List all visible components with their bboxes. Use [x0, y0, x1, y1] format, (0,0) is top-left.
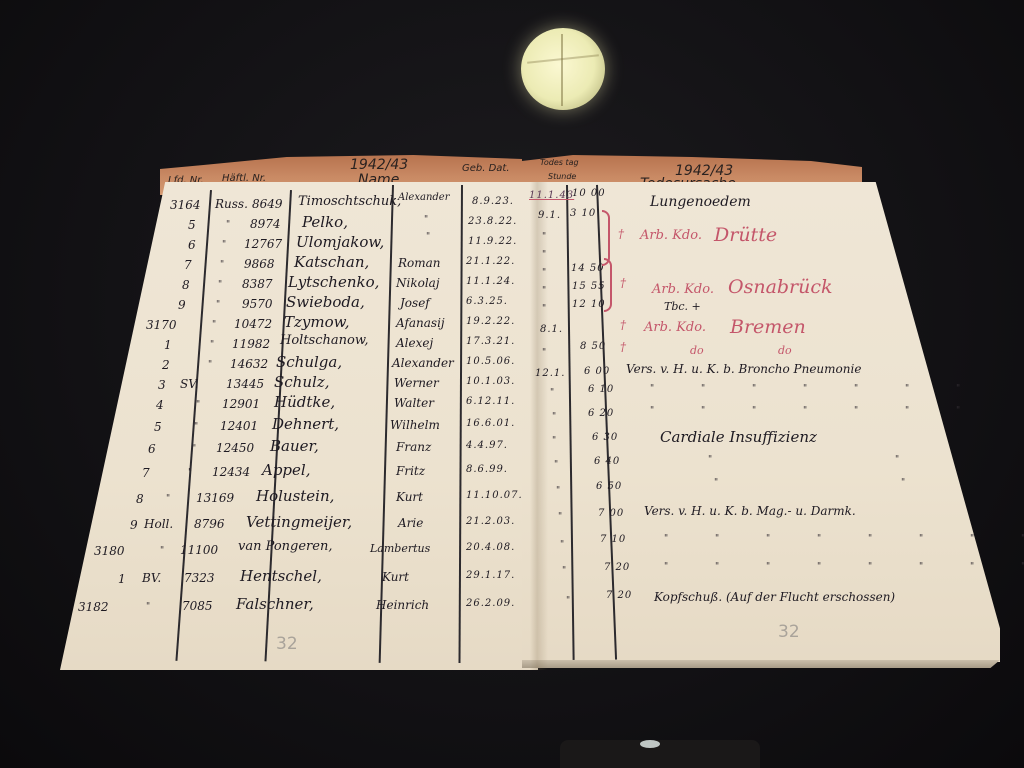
row-surname: Holustein,: [256, 487, 334, 505]
row-prisoner-number: 7085: [182, 599, 213, 613]
row-category: ": [196, 400, 200, 410]
row-surname: Holtschanow,: [280, 333, 369, 348]
row-death-date: 11.1.43: [529, 190, 574, 201]
row-death-date: ": [560, 540, 564, 550]
row-death-date: ": [542, 250, 546, 260]
row-firstname: Alexander: [392, 356, 454, 370]
row-category: ": [216, 300, 220, 310]
red-annotation-place: Osnabrück: [728, 276, 833, 298]
row-prisoner-number: 13445: [226, 377, 264, 391]
row-category: ": [166, 494, 170, 504]
row-category: ": [210, 340, 214, 350]
red-cross-mark: †: [618, 227, 624, 241]
row-death-date: ": [552, 436, 556, 446]
row-birthdate: 20.4.08.: [466, 542, 515, 553]
row-surname: Vettingmeijer,: [246, 513, 352, 531]
row-birthdate: 23.8.22.: [468, 216, 517, 227]
row-category: ": [146, 602, 150, 612]
row-nr: 8: [136, 492, 144, 506]
row-death-time: 7 20: [604, 562, 630, 573]
row-death-time: 3 10: [570, 208, 596, 219]
row-category: ": [220, 260, 224, 270]
row-nr: 5: [188, 218, 196, 232]
cause-ditto: " " " " " " " ": [664, 534, 1024, 544]
row-death-date: ": [542, 268, 546, 278]
row-firstname: ": [424, 215, 428, 225]
row-category: BV.: [142, 571, 161, 585]
row-nr: 7: [142, 466, 150, 480]
row-death-time: 10 00: [572, 188, 606, 199]
row-firstname: Kurt: [382, 570, 409, 584]
row-prisoner-number: 12767: [244, 237, 282, 251]
row-death-time: 14 50: [571, 263, 605, 274]
row-birthdate: 10.1.03.: [466, 376, 515, 387]
row-nr: 7: [184, 258, 192, 272]
row-prisoner-number: 14632: [230, 357, 268, 371]
row-death-date: ": [554, 460, 558, 470]
row-firstname: Werner: [394, 376, 439, 390]
row-prisoner-number: 8974: [250, 217, 281, 231]
cause-ditto: " ": [708, 455, 989, 465]
row-surname: Katschan,: [294, 253, 369, 271]
row-death-date: ": [552, 412, 556, 422]
row-prisoner-number: 13169: [196, 491, 234, 505]
row-surname: Ulomjakow,: [296, 233, 384, 251]
row-firstname: Alexander: [398, 192, 449, 203]
red-cross-mark: †: [620, 276, 626, 290]
row-death-date: ": [542, 286, 546, 296]
row-surname: Hüdtke,: [274, 393, 335, 411]
row-birthdate: 11.9.22.: [468, 236, 517, 247]
row-category: ": [192, 444, 196, 454]
row-prisoner-number: 12450: [216, 441, 254, 455]
row-firstname: Alexej: [396, 336, 433, 350]
row-death-date: 12.1.: [535, 368, 565, 379]
row-death-date: 9.1.: [538, 210, 561, 221]
row-nr: 3180: [94, 544, 125, 558]
row-surname: Lytschenko,: [288, 273, 379, 291]
row-surname: van Pongeren,: [238, 539, 332, 554]
row-prisoner-number: 12401: [220, 419, 258, 433]
row-surname: Hentschel,: [240, 567, 322, 585]
header-col-birthdate: Geb. Dat.: [462, 163, 510, 174]
row-nr: 5: [154, 420, 162, 434]
row-surname: Timoschtschuk,: [298, 194, 401, 209]
row-prisoner-number: 8387: [242, 277, 273, 291]
cause-text: Tbc. +: [664, 300, 701, 313]
page-number-left: 32: [276, 634, 298, 654]
row-category: ": [218, 280, 222, 290]
row-firstname: Walter: [394, 396, 434, 410]
red-annotation-text: Arb. Kdo.: [652, 282, 714, 297]
cause-text: Vers. v. H. u. K. b. Broncho Pneumonie: [626, 362, 861, 376]
row-death-time: 7 10: [600, 534, 626, 545]
cause-ditto: " " " " " " ": [650, 406, 982, 416]
row-death-date: ": [562, 566, 566, 576]
glass-reflection: [560, 740, 760, 768]
row-death-time: 6 40: [594, 456, 620, 467]
header-col-death-hour: Stunde: [548, 172, 576, 181]
row-prisoner-number: 8796: [194, 517, 225, 531]
row-prisoner-number: 8649: [252, 197, 283, 211]
row-surname: Tzymow,: [284, 313, 349, 331]
row-death-time: 8 50: [580, 341, 606, 352]
row-nr: 3182: [78, 600, 109, 614]
cause-text: Lungenoedem: [650, 194, 751, 210]
row-firstname: Josef: [400, 296, 430, 310]
row-firstname: ": [426, 232, 430, 242]
cause-ditto: " " " " " " " ": [664, 562, 1024, 572]
row-birthdate: 26.2.09.: [466, 598, 515, 609]
red-cross-mark: †: [620, 340, 626, 354]
red-annotation-place: Drütte: [714, 224, 777, 246]
ledger-book: Lfd. Nr. Häftl. Nr. 1942/43 Name Geb. Da…: [0, 0, 1024, 768]
row-nr: 3: [158, 378, 166, 392]
row-category: ": [160, 546, 164, 556]
row-death-date: ": [542, 232, 546, 242]
row-surname: Swieboda,: [286, 293, 365, 311]
row-birthdate: 8.6.99.: [466, 464, 508, 475]
row-nr: 4: [156, 398, 164, 412]
row-category: ": [226, 220, 230, 230]
row-firstname: Fritz: [396, 464, 425, 478]
row-prisoner-number: 10472: [234, 317, 272, 331]
row-death-time: 6 30: [592, 432, 618, 443]
row-nr: 9: [178, 298, 186, 312]
row-prisoner-number: 11100: [180, 543, 218, 557]
row-nr: 3164: [170, 198, 201, 212]
row-death-time: 7 20: [606, 590, 632, 601]
row-death-date: ": [542, 348, 546, 358]
cause-text: Cardiale Insuffizienz: [660, 428, 817, 446]
red-ditto: do: [690, 344, 704, 357]
row-birthdate: 4.4.97.: [466, 440, 508, 451]
row-nr: 9: [130, 518, 138, 532]
row-prisoner-number: 12434: [212, 465, 250, 479]
row-firstname: Heinrich: [376, 598, 429, 612]
page-number-right: 32: [778, 622, 800, 642]
row-death-date: ": [550, 388, 554, 398]
row-prisoner-number: 7323: [184, 571, 215, 585]
red-annotation-place: Bremen: [730, 316, 806, 338]
row-birthdate: 16.6.01.: [466, 418, 515, 429]
row-birthdate: 19.2.22.: [466, 316, 515, 327]
cause-ditto: " ": [714, 478, 995, 488]
row-death-time: 6 00: [584, 366, 610, 377]
row-firstname: Afanasij: [396, 316, 445, 330]
page-stack-edge: [522, 660, 1000, 668]
row-nr: 3170: [146, 318, 177, 332]
row-prisoner-number: 9868: [244, 257, 275, 271]
row-category: ": [222, 240, 226, 250]
row-prisoner-number: 12901: [222, 397, 260, 411]
red-ditto: do: [778, 344, 792, 357]
row-birthdate: 17.3.21.: [466, 336, 515, 347]
row-death-time: 6 50: [596, 481, 622, 492]
header-col-death-date: Todes tag: [540, 158, 579, 167]
row-surname: Appel,: [262, 461, 310, 479]
row-firstname: Roman: [398, 256, 441, 270]
row-surname: Schulga,: [276, 353, 342, 371]
row-nr: 6: [148, 442, 156, 456]
row-category: Russ.: [215, 197, 248, 211]
row-surname: Dehnert,: [272, 415, 339, 433]
row-death-date: ": [556, 486, 560, 496]
row-category: ": [212, 320, 216, 330]
row-nr: 6: [188, 238, 196, 252]
red-brace: [604, 258, 612, 312]
row-birthdate: 11.10.07.: [466, 490, 523, 501]
cause-ditto: " " " " " " ": [650, 384, 982, 394]
row-category: ": [188, 468, 192, 478]
row-death-time: 7 00: [598, 508, 624, 519]
red-annotation-text: Arb. Kdo.: [644, 320, 706, 335]
row-death-date: ": [542, 304, 546, 314]
row-firstname: Nikolaj: [396, 276, 440, 290]
header-year-left: 1942/43: [350, 157, 408, 173]
red-cross-mark: †: [620, 318, 626, 332]
row-birthdate: 21.1.22.: [466, 256, 515, 267]
row-category: SV.: [180, 377, 199, 391]
row-death-date: 8.1.: [540, 324, 563, 335]
row-firstname: Wilhelm: [390, 418, 440, 432]
row-category: ": [194, 422, 198, 432]
row-category: Holl.: [144, 517, 173, 531]
row-death-date: ": [566, 596, 570, 606]
row-birthdate: 10.5.06.: [466, 356, 515, 367]
row-death-time: 15 55: [572, 281, 606, 292]
row-surname: Schulz,: [274, 373, 329, 391]
row-birthdate: 8.9.23.: [472, 196, 514, 207]
row-nr: 8: [182, 278, 190, 292]
row-firstname: Lambertus: [370, 542, 430, 555]
row-surname: Falschner,: [236, 595, 314, 613]
row-death-time: 12 10: [572, 299, 606, 310]
row-birthdate: 6.3.25.: [466, 296, 508, 307]
row-firstname: Franz: [396, 440, 431, 454]
row-death-time: 6 10: [588, 384, 614, 395]
row-nr: 1: [164, 338, 172, 352]
row-prisoner-number: 11982: [232, 337, 270, 351]
red-annotation-text: Arb. Kdo.: [640, 228, 702, 243]
row-nr: 1: [118, 572, 126, 586]
row-birthdate: 6.12.11.: [466, 396, 515, 407]
row-firstname: Arie: [398, 516, 423, 530]
row-category: ": [208, 360, 212, 370]
row-death-time: 6 20: [588, 408, 614, 419]
row-birthdate: 21.2.03.: [466, 516, 515, 527]
row-surname: Bauer,: [270, 437, 319, 455]
row-birthdate: 11.1.24.: [466, 276, 515, 287]
row-surname: Pelko,: [302, 213, 348, 231]
row-nr: 2: [162, 358, 170, 372]
row-birthdate: 29.1.17.: [466, 570, 515, 581]
cause-text: Vers. v. H. u. K. b. Mag.- u. Darmk.: [644, 504, 856, 518]
glass-reflection-light: [640, 740, 660, 748]
row-firstname: Kurt: [396, 490, 423, 504]
row-death-date: ": [558, 512, 562, 522]
cause-text: Kopfschuß. (Auf der Flucht erschossen): [654, 590, 895, 604]
row-prisoner-number: 9570: [242, 297, 273, 311]
